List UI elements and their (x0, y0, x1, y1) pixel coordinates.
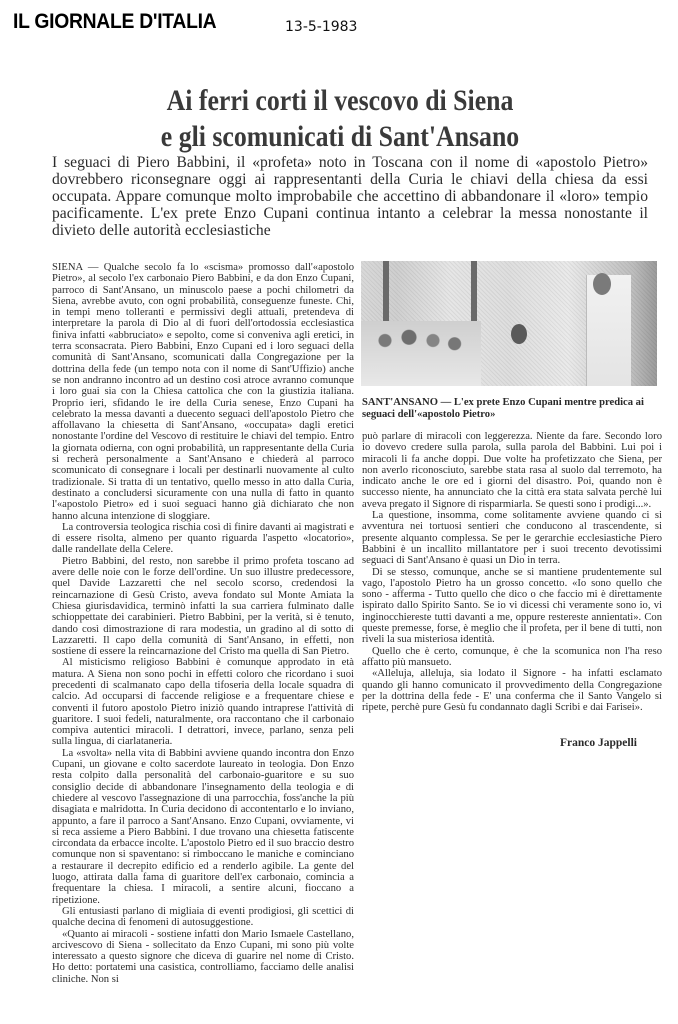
newspaper-masthead: IL GIORNALE D'ITALIA (13, 10, 216, 34)
publication-date: 13-5-1983 (285, 19, 357, 35)
paragraph: Quello che è certo, comunque, è che la s… (362, 646, 662, 669)
paragraph: «Alleluja, alleluja, sia lodato il Signo… (362, 668, 662, 713)
news-photo (361, 261, 657, 386)
headline: Ai ferri corti il vescovo di Siena e gli… (116, 83, 563, 155)
headline-line-2: e gli scomunicati di Sant'Ansano (116, 119, 563, 155)
lead-paragraph: I seguaci di Piero Babbini, il «profeta»… (52, 154, 648, 239)
photo-caption: SANT'ANSANO — L'ex prete Enzo Cupani men… (362, 397, 662, 420)
paragraph: SIENA — Qualche secolo fa lo «scisma» pr… (52, 262, 354, 522)
paragraph: può parlare di miracoli con leggerezza. … (362, 431, 662, 510)
right-column: può parlare di miracoli con leggerezza. … (362, 431, 662, 713)
paragraph: La controversia teologica rischia così d… (52, 522, 354, 556)
paragraph: Di se stesso, comunque, anche se si mant… (362, 567, 662, 646)
left-column: SIENA — Qualche secolo fa lo «scisma» pr… (52, 262, 354, 985)
photo-priest-figure (586, 275, 631, 386)
author-byline: Franco Jappelli (560, 737, 637, 749)
paragraph: Pietro Babbini, del resto, non sarebbe i… (52, 556, 354, 658)
paragraph: Gli entusiasti parlano di migliaia di ev… (52, 906, 354, 929)
paragraph: La questione, insomma, come solitamente … (362, 510, 662, 566)
paragraph: La «svolta» nella vita di Babbini avvien… (52, 748, 354, 906)
headline-line-1: Ai ferri corti il vescovo di Siena (116, 83, 563, 119)
photo-priest-head (593, 273, 611, 295)
photo-figure (511, 324, 527, 344)
paragraph: Al misticismo religioso Babbini è comunq… (52, 657, 354, 747)
paragraph: «Quanto ai miracoli - sostiene infatti d… (52, 929, 354, 985)
photo-crowd (361, 321, 481, 386)
